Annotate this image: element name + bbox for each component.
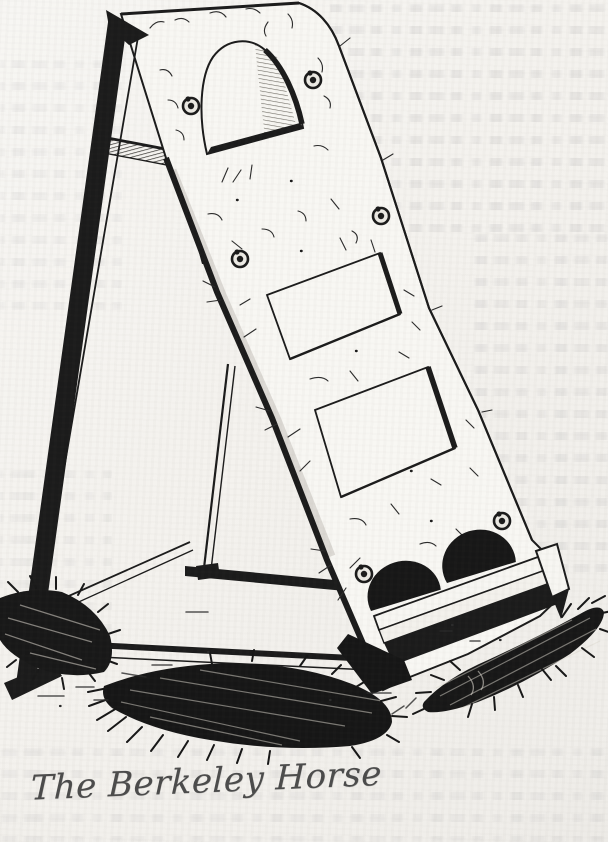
berkeley-horse-illustration <box>0 0 608 842</box>
far-leg <box>204 364 228 568</box>
ring-bolt <box>183 96 199 114</box>
ring-bolt <box>373 206 389 224</box>
bundle-mass <box>103 663 392 748</box>
far-leg-edge <box>211 366 235 570</box>
ring-bolt <box>232 249 248 267</box>
caption-text: The Berkeley Horse <box>29 755 349 842</box>
scanned-page: The Berkeley Horse <box>0 0 608 842</box>
front-leg-inner-edge <box>33 37 138 650</box>
ring-bolt <box>305 70 321 88</box>
bundle-mass <box>0 590 112 675</box>
ring-bolt <box>494 511 510 529</box>
front-leg <box>15 15 127 691</box>
ring-bolt <box>356 564 372 582</box>
